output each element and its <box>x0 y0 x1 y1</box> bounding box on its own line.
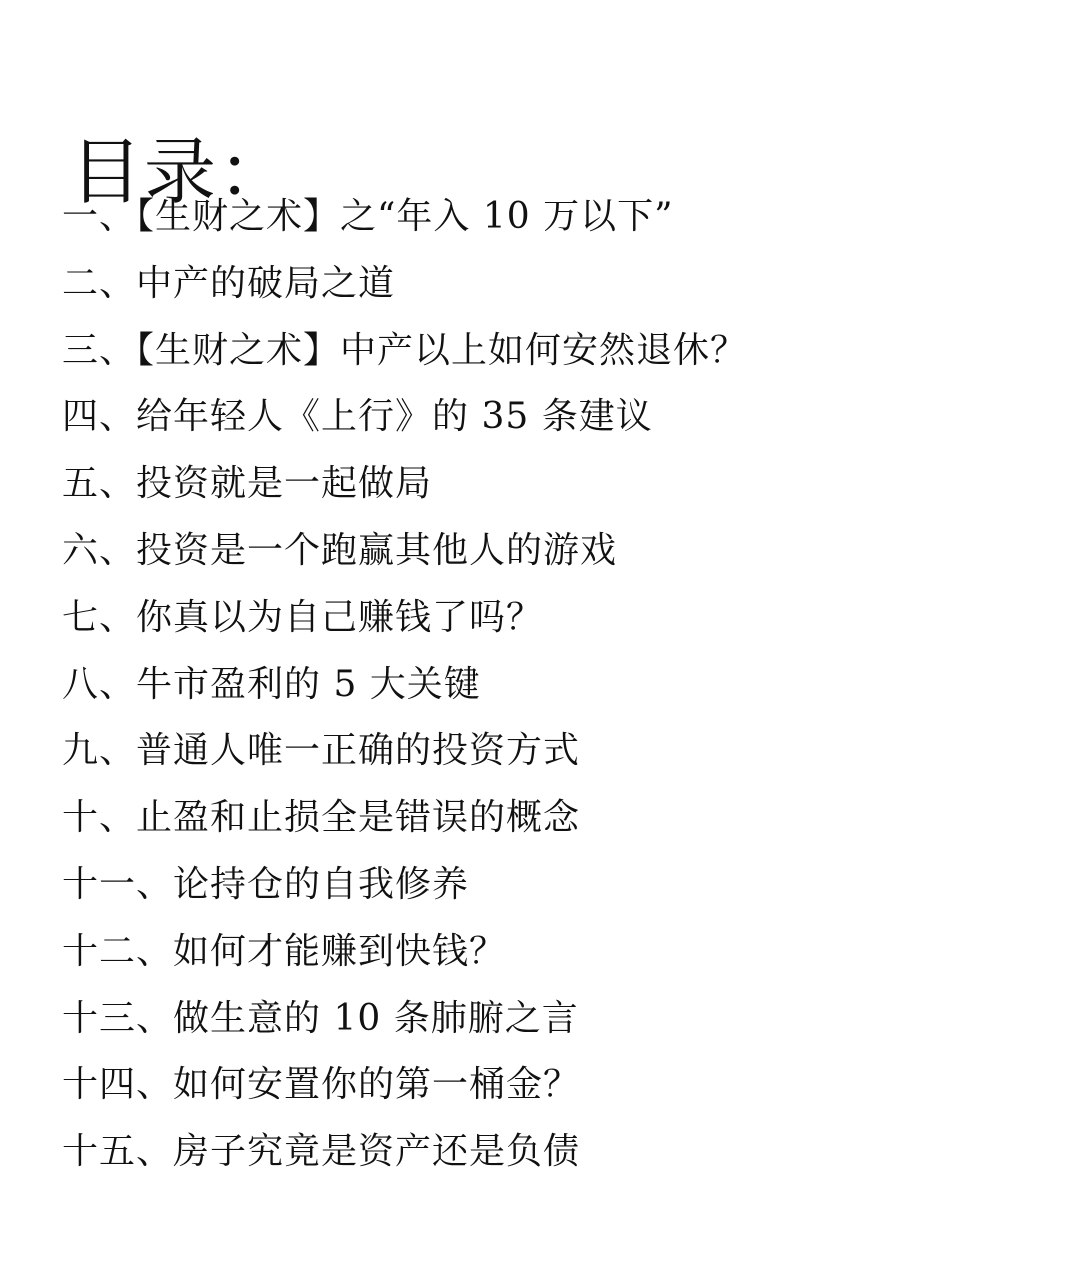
toc-item-15: 十五、房子究竟是资产还是负债 <box>62 1127 747 1194</box>
toc-item-5: 五、投资就是一起做局 <box>62 459 747 526</box>
toc-item-6: 六、投资是一个跑赢其他人的游戏 <box>62 526 747 593</box>
toc-item-4: 四、给年轻人《上行》的 35 条建议 <box>62 392 747 459</box>
toc-item-7: 七、你真以为自己赚钱了吗？ <box>62 593 747 660</box>
toc-item-11: 十一、论持仓的自我修养 <box>62 860 747 927</box>
toc-item-12: 十二、如何才能赚到快钱？ <box>62 927 747 994</box>
table-of-contents: 一、【生财之术】之“年入 10 万以下” 二、中产的破局之道 三、【生财之术】中… <box>62 192 747 1194</box>
toc-item-8: 八、牛市盈利的 5 大关键 <box>62 660 747 727</box>
toc-item-2: 二、中产的破局之道 <box>62 259 747 326</box>
toc-item-1: 一、【生财之术】之“年入 10 万以下” <box>62 192 747 259</box>
toc-item-9: 九、普通人唯一正确的投资方式 <box>62 726 747 793</box>
toc-item-3: 三、【生财之术】中产以上如何安然退休？ <box>62 326 747 393</box>
toc-item-10: 十、止盈和止损全是错误的概念 <box>62 793 747 860</box>
toc-item-14: 十四、如何安置你的第一桶金？ <box>62 1060 747 1127</box>
toc-item-13: 十三、做生意的 10 条肺腑之言 <box>62 994 747 1061</box>
